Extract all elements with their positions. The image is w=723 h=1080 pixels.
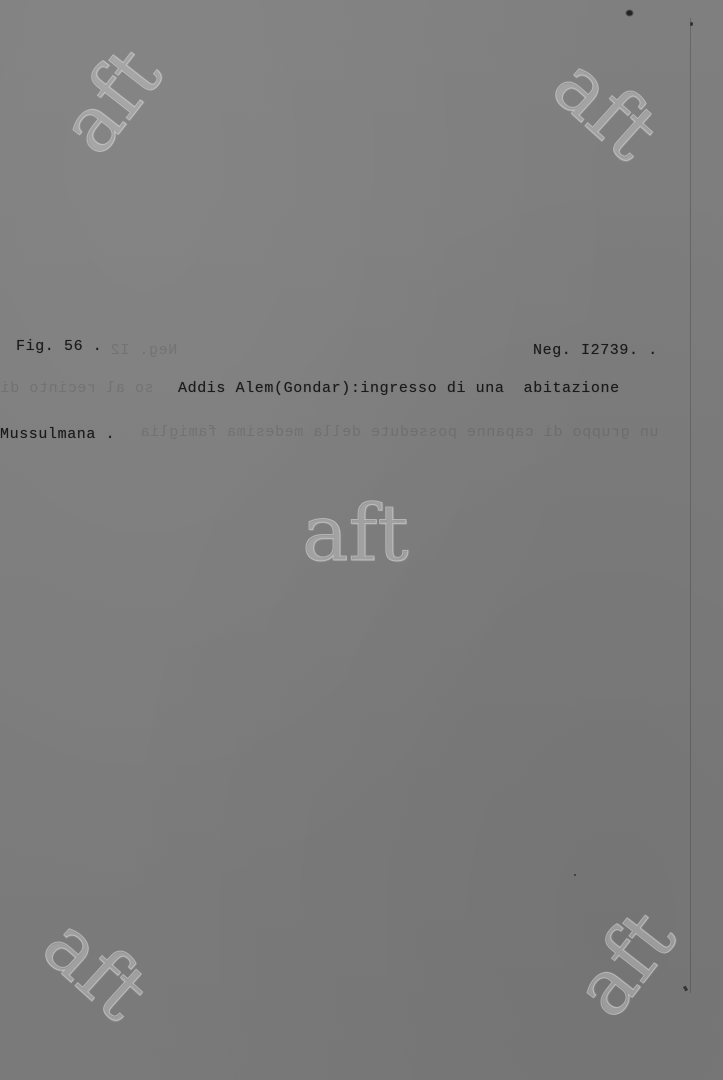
watermark-top-right: aft [540, 44, 671, 173]
caption-line-1: Addis Alem(Gondar):ingresso di una abita… [178, 380, 620, 397]
scanned-document-page: Neg. I2 so al recinto di un gruppo di ca… [0, 0, 723, 1080]
caption-line-2: Mussulmana . [0, 426, 115, 443]
ink-speck [626, 10, 633, 16]
figure-number: Fig. 56 . [16, 338, 102, 355]
bleed-through-text: un gruppo di capanne possedute della med… [140, 424, 658, 441]
watermark-bottom-right: aft [562, 898, 689, 1030]
watermark-center: aft [302, 495, 409, 573]
bleed-through-text: Neg. I2 [110, 342, 177, 359]
ink-speck [690, 22, 693, 26]
bleed-through-text: so al recinto di [0, 380, 154, 397]
negative-number: Neg. I2739. . [533, 342, 658, 359]
paper-fold-mark [683, 986, 688, 992]
ink-speck [574, 874, 576, 876]
watermark-bottom-left: aft [30, 904, 161, 1033]
paper-fold-line [690, 18, 691, 993]
watermark-top-left: aft [48, 35, 175, 167]
